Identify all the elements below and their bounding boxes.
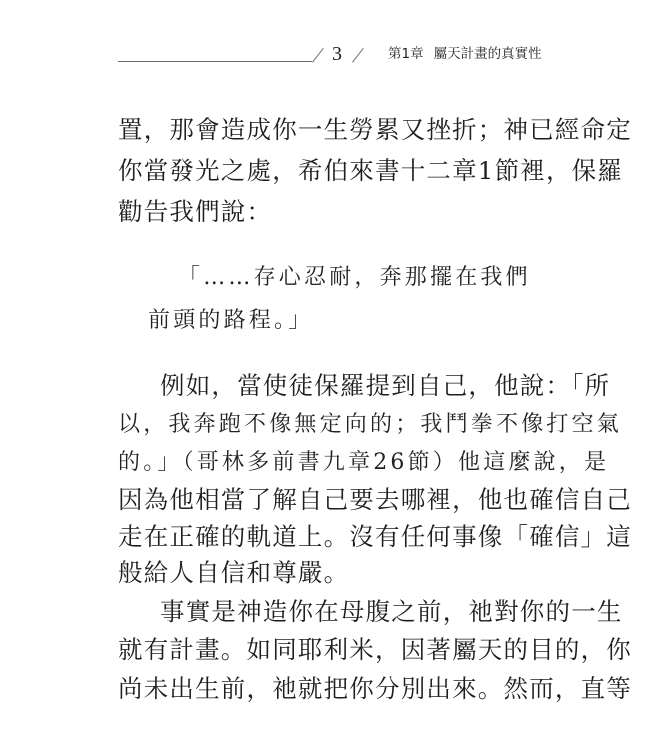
text-line: 般給人自信和尊嚴。: [118, 559, 349, 587]
book-page: 3 第1章屬天計畫的真實性 置，那會造成你一生勞累又挫折；神已經命定 你當發光之…: [0, 0, 650, 750]
text-line: 置，那會造成你一生勞累又挫折；神已經命定: [118, 116, 632, 144]
text-line: 的。」（哥林多前書九章26節）他這麼說，是: [118, 449, 609, 477]
header-slash-divider: [352, 48, 364, 63]
text-line: 走在正確的軌道上。沒有任何事像「確信」這: [118, 523, 632, 551]
text-line: 就有計畫。如同耶利米，因著屬天的目的，你: [118, 636, 632, 664]
text-line: 尚未出生前，祂就把你分別出來。然而，直等: [118, 675, 632, 703]
text-line: 勸告我們說：: [118, 198, 272, 226]
text-line: 例如，當使徒保羅提到自己，他說：「所: [160, 372, 610, 400]
text-line: 因為他相當了解自己要去哪裡，他也確信自己: [118, 486, 632, 514]
chapter-number: 第1章: [388, 46, 424, 62]
header-slash-divider: [312, 48, 324, 63]
quote-line: 「……存心忍耐，奔那擺在我們: [178, 264, 531, 292]
header-rule: [118, 61, 312, 62]
page-number: 3: [332, 43, 342, 65]
text-line: 事實是神造你在母腹之前，祂對你的一生: [160, 598, 623, 626]
running-header: 3 第1章屬天計畫的真實性: [0, 0, 650, 80]
text-line: 你當發光之處，希伯來書十二章1節裡，保羅: [118, 157, 623, 185]
chapter-title: 屬天計畫的真實性: [434, 46, 542, 62]
quote-line: 前頭的路程。」: [148, 307, 313, 335]
text-line: 以，我奔跑不像無定向的；我鬥拳不像打空氣: [118, 411, 622, 439]
chapter-heading: 第1章屬天計畫的真實性: [388, 46, 542, 62]
